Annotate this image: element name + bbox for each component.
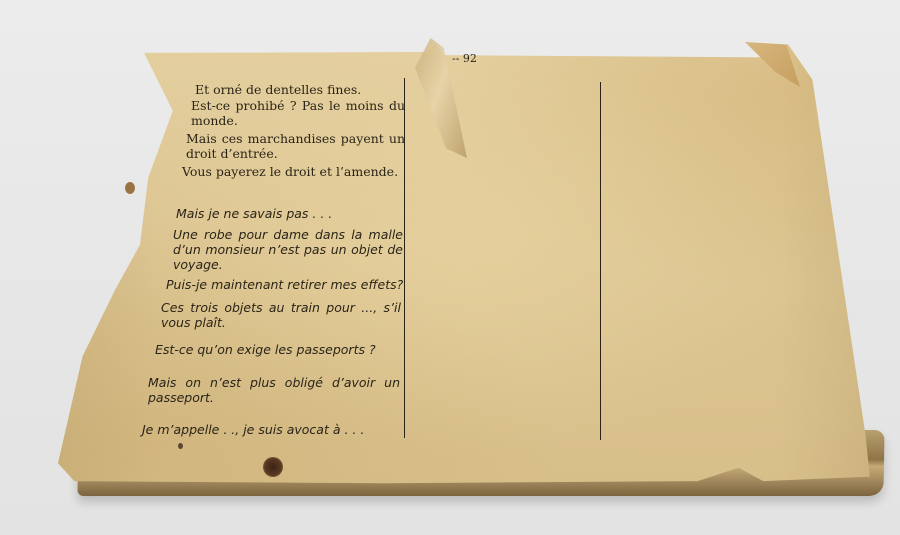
french-phrase-text: Mais on n’est plus obligé d’avoir un pas… <box>148 375 400 405</box>
small-stain <box>178 443 183 449</box>
french-phrase: Est-ce qu’on exige les passeports ? <box>155 342 400 357</box>
french-phrase: Et orné de dentelles fines. <box>195 82 405 97</box>
page-number: -- 92 <box>452 52 477 65</box>
column-divider-right <box>600 82 601 440</box>
french-phrase: Une robe pour dame dans la malle d’un mo… <box>173 227 403 272</box>
french-phrase-text: Une robe pour dame dans la malle d’un mo… <box>173 227 403 272</box>
french-phrase: Est-ce prohibé ? Pas le moins du monde. <box>191 98 405 128</box>
french-phrase: Mais on n’est plus obligé d’avoir un pas… <box>148 375 400 405</box>
edge-stain <box>125 182 135 194</box>
french-phrase-text: Ces trois objets au train pour ..., s’il… <box>161 300 401 330</box>
french-phrase: Ces trois objets au train pour ..., s’il… <box>161 300 401 330</box>
french-phrase-text: Est-ce prohibé ? Pas le moins du monde. <box>191 98 405 128</box>
french-phrase: Vous payerez le droit et l’amende. <box>182 164 402 179</box>
french-phrase: Mais je ne savais pas . . . <box>176 206 396 221</box>
ink-stain <box>263 457 283 477</box>
french-phrase: Puis-je maintenant retirer mes effets? <box>166 277 406 292</box>
french-phrase: Je m’appelle . ., je suis avocat à . . . <box>142 422 404 437</box>
french-phrase-text: Mais ces marchandises payent un droit d’… <box>186 131 405 161</box>
french-phrase: Mais ces marchandises payent un droit d’… <box>186 131 405 161</box>
